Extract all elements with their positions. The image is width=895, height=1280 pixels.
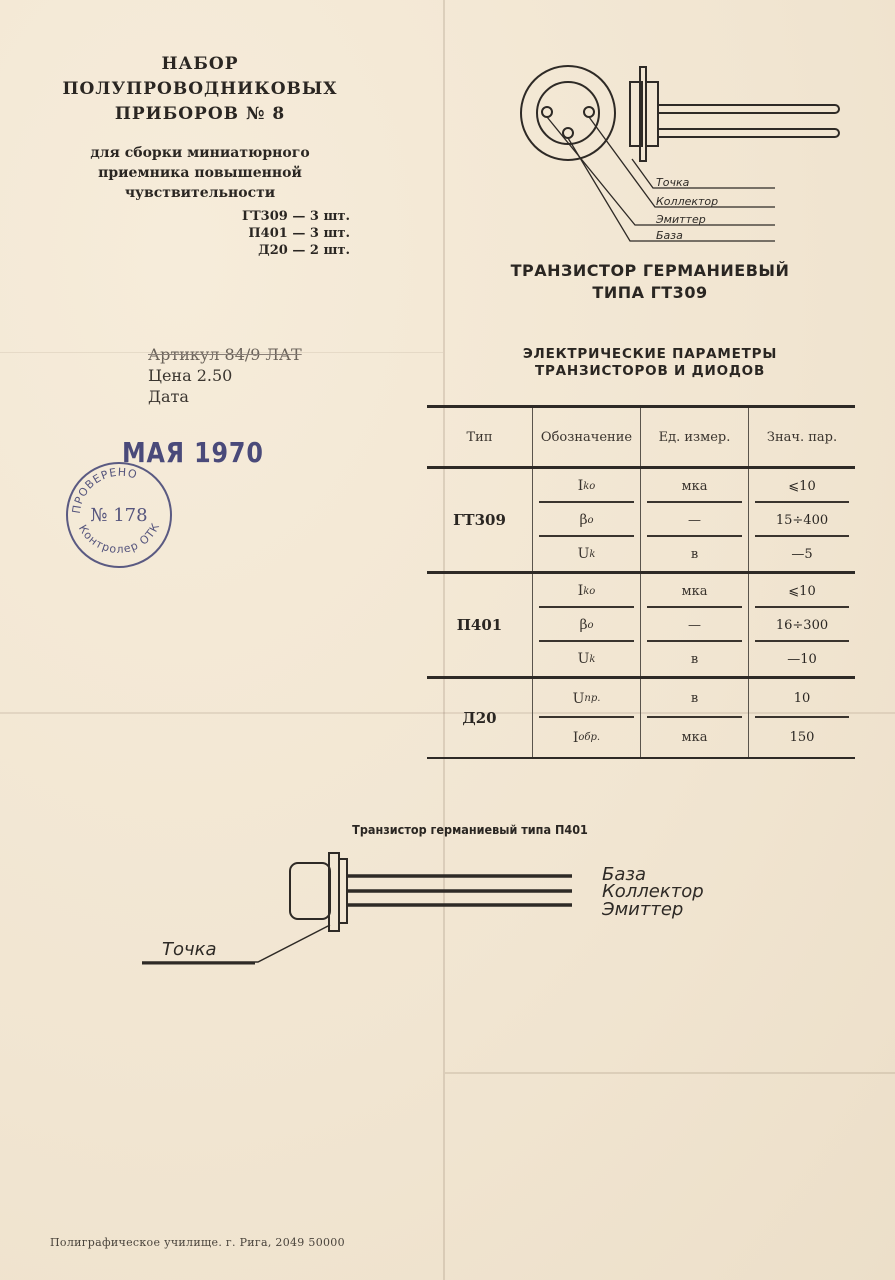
table-row: Iko мка ⩽10 [532, 574, 855, 608]
label-kollektor: Коллектор [656, 195, 718, 208]
price: Цена 2.50 [148, 365, 302, 386]
otk-stamp-icon: ПРОВЕРЕНО № 178 Контролер ОТК [62, 460, 176, 570]
type-cell: ГТ309 [427, 469, 532, 571]
params-title-line: ЭЛЕКТРИЧЕСКИЕ ПАРАМЕТРЫ [470, 346, 830, 363]
table-group-p401: П401 Iko мка ⩽10 βo — 16÷300 Uk в —10 [427, 574, 855, 676]
item-name: ГТ309 [242, 209, 288, 224]
gt309-title-line: ТРАНЗИСТОР ГЕРМАНИЕВЫЙ [470, 260, 830, 282]
label-tochka: Точка [162, 939, 217, 960]
kit-subtitle-line: чувствительности [40, 183, 360, 203]
kit-contents-list: ГТ309 — 3 шт. П401 — 3 шт. Д20 — 2 шт. [200, 208, 350, 259]
table-group-d20: Д20 Unp. в 10 Iобр. мка 150 [427, 679, 855, 757]
label-tochka: Точка [656, 176, 690, 189]
unit-cell: мка [640, 469, 748, 503]
label-baza: База [656, 229, 683, 242]
symbol-cell: Iko [532, 574, 640, 608]
label-emitter: Эмиттер [601, 899, 683, 920]
kit-subtitle-line: приемника повышенной [40, 163, 360, 183]
symbol-cell: Iko [532, 469, 640, 503]
value-cell: —5 [748, 537, 855, 571]
kit-title-line: НАБОР [40, 52, 360, 77]
table-row: Uk в —5 [532, 537, 855, 571]
kit-title-line: ПОЛУПРОВОДНИКОВЫХ [40, 77, 360, 102]
header-type: Тип [427, 408, 532, 466]
kit-contents-item: Д20 — 2 шт. [200, 242, 350, 259]
table-row: Uk в —10 [532, 642, 855, 676]
value-cell: ⩽10 [748, 469, 855, 503]
item-name: П401 [248, 226, 287, 241]
table-row: βo — 16÷300 [532, 608, 855, 642]
header-unit: Ед. измер. [640, 408, 748, 466]
item-qty: — 3 шт. [292, 209, 350, 224]
table-row: Unp. в 10 [532, 679, 855, 718]
p401-pinout-diagram: База Коллектор Эмиттер Точка [140, 845, 760, 975]
unit-cell: мка [640, 574, 748, 608]
value-cell: 16÷300 [748, 608, 855, 642]
label-emitter: Эмиттер [655, 213, 706, 226]
params-title: ЭЛЕКТРИЧЕСКИЕ ПАРАМЕТРЫ ТРАНЗИСТОРОВ И Д… [470, 346, 830, 380]
meta-block: Артикул 84/9 ЛАТ Цена 2.50 Дата [148, 344, 302, 407]
unit-cell: в [640, 642, 748, 676]
table-header: Тип Обозначение Ед. измер. Знач. пар. [427, 408, 855, 466]
table-row: Iko мка ⩽10 [532, 469, 855, 503]
symbol-cell: βo [532, 503, 640, 537]
unit-cell: в [640, 537, 748, 571]
header-symbol: Обозначение [532, 408, 640, 466]
table-row: Iобр. мка 150 [532, 718, 855, 757]
kit-title: НАБОР ПОЛУПРОВОДНИКОВЫХ ПРИБОРОВ № 8 [40, 52, 360, 127]
value-cell: 150 [748, 718, 855, 757]
unit-cell: — [640, 608, 748, 642]
type-cell: Д20 [427, 679, 532, 757]
symbol-cell: Uk [532, 642, 640, 676]
kit-subtitle-line: для сборки миниатюрного [40, 143, 360, 163]
unit-cell: в [640, 679, 748, 718]
table-group-gt309: ГТ309 Iko мка ⩽10 βo — 15÷400 Uk в —5 [427, 469, 855, 571]
gt309-title-line: ТИПА ГТ309 [470, 282, 830, 304]
gt309-title: ТРАНЗИСТОР ГЕРМАНИЕВЫЙ ТИПА ГТ309 [470, 260, 830, 304]
date-label: Дата [148, 386, 302, 407]
header-value: Знач. пар. [748, 408, 855, 466]
value-cell: 10 [748, 679, 855, 718]
kit-contents-item: ГТ309 — 3 шт. [200, 208, 350, 225]
fold-line-horizontal [445, 1072, 895, 1074]
parameters-table: Тип Обозначение Ед. измер. Знач. пар. ГТ… [427, 405, 855, 759]
type-cell: П401 [427, 574, 532, 676]
item-name: Д20 [258, 243, 288, 258]
kit-contents-item: П401 — 3 шт. [200, 225, 350, 242]
value-cell: ⩽10 [748, 574, 855, 608]
symbol-cell: Iобр. [532, 718, 640, 757]
value-cell: 15÷400 [748, 503, 855, 537]
printer-footer: Полиграфическое училище. г. Рига, 2049 5… [50, 1236, 345, 1249]
unit-cell: мка [640, 718, 748, 757]
table-rule [427, 757, 855, 759]
unit-cell: — [640, 503, 748, 537]
value-cell: —10 [748, 642, 855, 676]
symbol-cell: Unp. [532, 679, 640, 718]
gt309-pinout-diagram: Точка Коллектор Эмиттер База [510, 55, 850, 250]
p401-caption: Транзистор германиевый типа П401 [317, 822, 623, 837]
item-qty: — 2 шт. [292, 243, 350, 258]
item-qty: — 3 шт. [292, 226, 350, 241]
svg-text:№ 178: № 178 [90, 505, 147, 526]
kit-subtitle: для сборки миниатюрного приемника повыше… [40, 143, 360, 203]
kit-title-line: ПРИБОРОВ № 8 [40, 102, 360, 127]
article-number: Артикул 84/9 ЛАТ [148, 344, 302, 365]
params-title-line: ТРАНЗИСТОРОВ И ДИОДОВ [470, 363, 830, 380]
symbol-cell: βo [532, 608, 640, 642]
table-row: βo — 15÷400 [532, 503, 855, 537]
symbol-cell: Uk [532, 537, 640, 571]
